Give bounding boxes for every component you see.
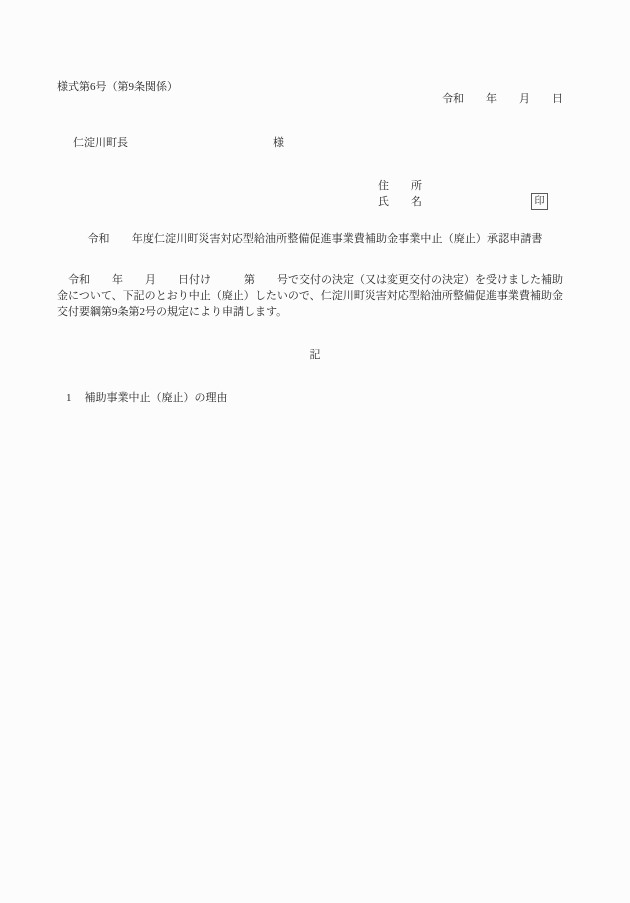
item-row: 1補助事業中止（廃止）の理由 <box>66 390 228 406</box>
honorific: 様 <box>273 137 284 149</box>
item-label: 補助事業中止（廃止）の理由 <box>85 392 228 404</box>
name-label: 氏 名 <box>378 194 422 210</box>
record-heading: 記 <box>0 347 630 363</box>
sender-block: 住 所 氏 名 <box>378 178 422 210</box>
document-page: 様式第6号（第9条関係） 令和 年 月 日 仁淀川町長様 住 所 氏 名 印 令… <box>0 0 630 903</box>
addressee-row: 仁淀川町長様 <box>73 135 284 151</box>
seal-box: 印 <box>531 193 548 210</box>
document-title: 令和 年度仁淀川町災害対応型給油所整備促進事業費補助金事業中止（廃止）承認申請書 <box>0 231 630 247</box>
date-line: 令和 年 月 日 <box>442 91 563 107</box>
addressee: 仁淀川町長 <box>73 137 128 149</box>
item-number: 1 <box>66 392 72 404</box>
form-number: 様式第6号（第9条関係） <box>57 79 178 95</box>
body-paragraph: 令和 年 月 日付け 第 号で交付の決定（又は変更交付の決定）を受けました補助金… <box>57 272 563 321</box>
address-label: 住 所 <box>378 178 422 194</box>
